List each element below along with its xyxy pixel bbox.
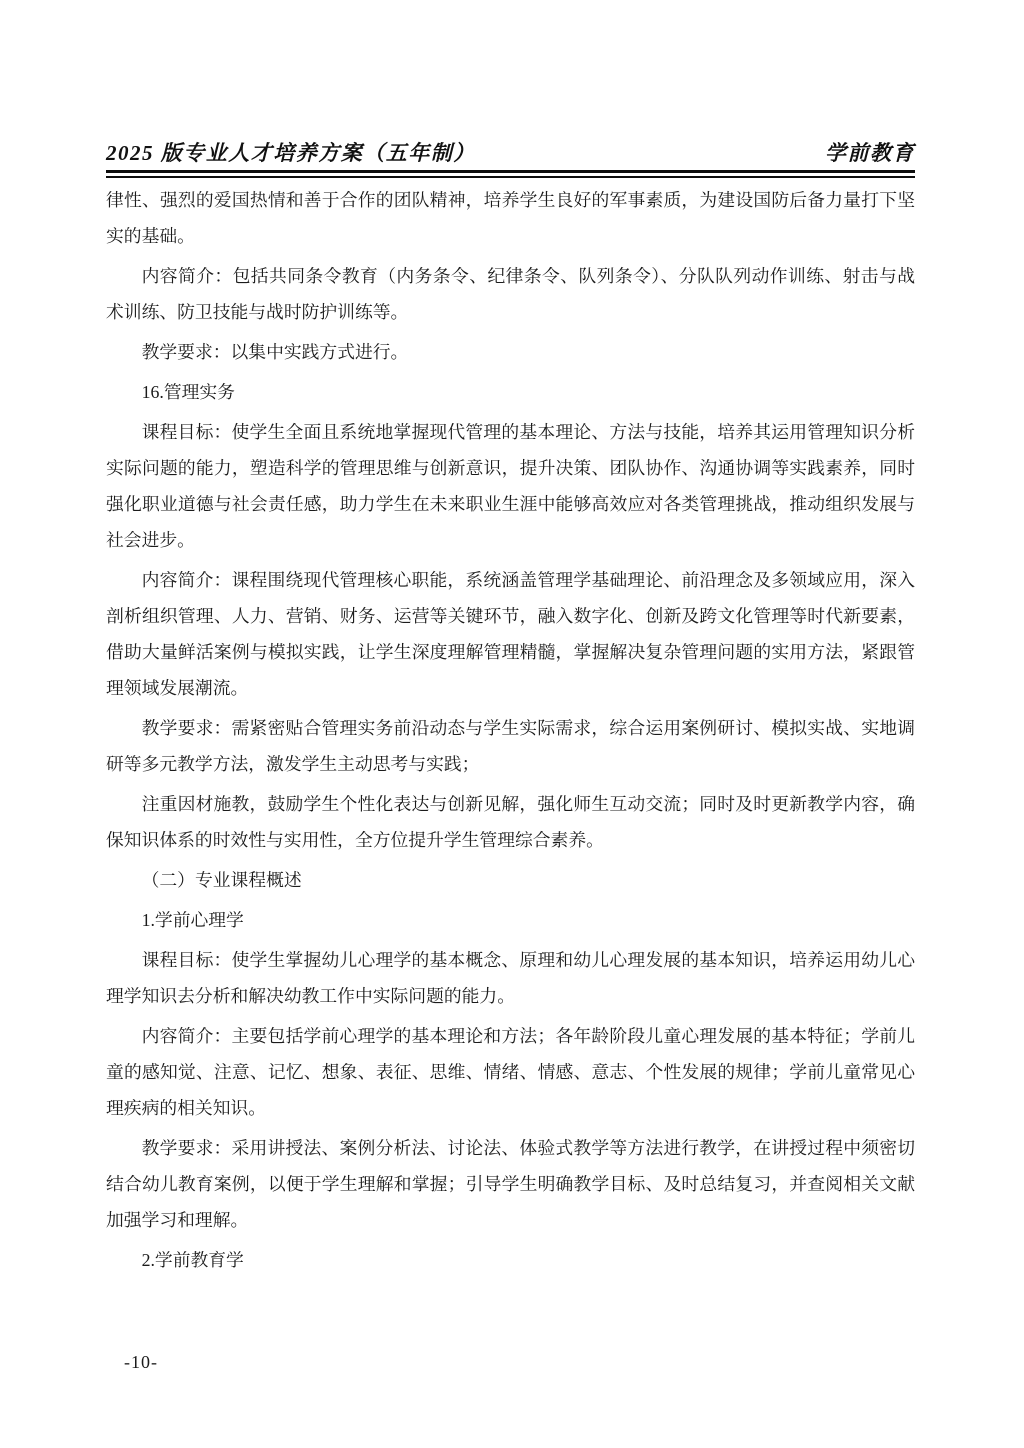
body-paragraph-content-intro: 内容简介：课程围绕现代管理核心职能，系统涵盖管理学基础理论、前沿理念及多领域应用… <box>106 562 915 706</box>
body-paragraph-teaching-req: 教学要求：需紧密贴合管理实务前沿动态与学生实际需求，综合运用案例研讨、模拟实战、… <box>106 710 915 782</box>
header-left-title: 2025 版专业人才培养方案（五年制） <box>106 140 476 166</box>
body-paragraph-course-goal: 课程目标：使学生全面且系统地掌握现代管理的基本理论、方法与技能，培养其运用管理知… <box>106 414 915 558</box>
body-paragraph-course-goal: 课程目标：使学生掌握幼儿心理学的基本概念、原理和幼儿心理发展的基本知识，培养运用… <box>106 942 915 1014</box>
body-paragraph-teaching-req: 教学要求：采用讲授法、案例分析法、讨论法、体验式教学等方法进行教学，在讲授过程中… <box>106 1130 915 1238</box>
document-body: 律性、强烈的爱国热情和善于合作的团队精神，培养学生良好的军事素质，为建设国防后备… <box>106 182 915 1278</box>
page-header: 2025 版专业人才培养方案（五年制） 学前教育 <box>106 140 915 166</box>
body-paragraph-teaching-req: 教学要求：以集中实践方式进行。 <box>106 334 915 370</box>
body-paragraph-continuation: 律性、强烈的爱国热情和善于合作的团队精神，培养学生良好的军事素质，为建设国防后备… <box>106 182 915 254</box>
page-number: -10- <box>124 1351 158 1373</box>
body-paragraph-content-intro: 内容简介：包括共同条令教育（内务条令、纪律条令、队列条令）、分队队列动作训练、射… <box>106 258 915 330</box>
body-paragraph-teaching-req: 注重因材施教，鼓励学生个性化表达与创新见解，强化师生互动交流；同时及时更新教学内… <box>106 786 915 858</box>
header-double-rule <box>106 170 915 178</box>
page-content-area: 2025 版专业人才培养方案（五年制） 学前教育 律性、强烈的爱国热情和善于合作… <box>106 0 915 1282</box>
course-heading-psychology: 1.学前心理学 <box>106 902 915 938</box>
section-heading-major-courses: （二）专业课程概述 <box>106 862 915 898</box>
course-heading-management: 16.管理实务 <box>106 374 915 410</box>
header-right-title: 学前教育 <box>825 140 915 166</box>
document-page: 2025 版专业人才培养方案（五年制） 学前教育 律性、强烈的爱国热情和善于合作… <box>0 0 1024 1448</box>
course-heading-pedagogy: 2.学前教育学 <box>106 1242 915 1278</box>
body-paragraph-content-intro: 内容简介：主要包括学前心理学的基本理论和方法；各年龄阶段儿童心理发展的基本特征；… <box>106 1018 915 1126</box>
